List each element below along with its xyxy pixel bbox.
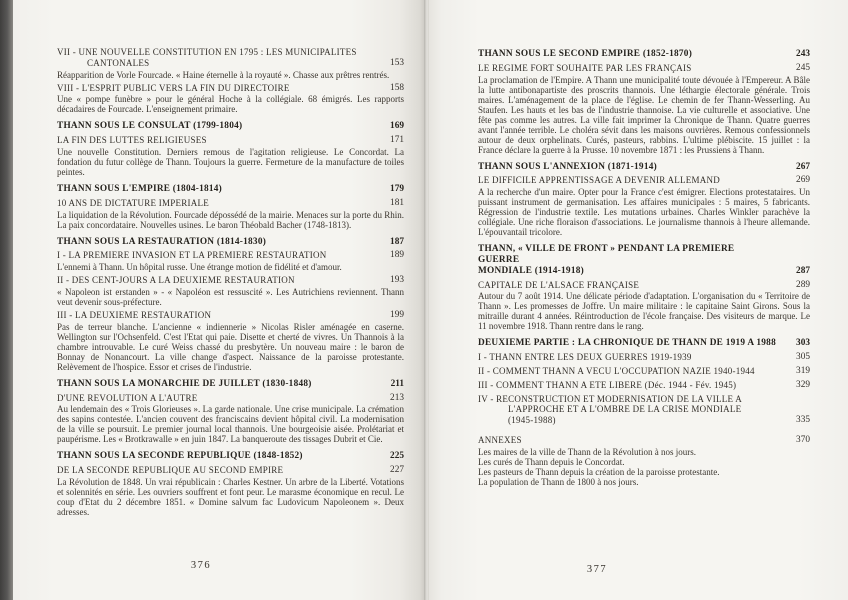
toc-entry: LA FIN DES LUTTES RELIGIEUSES 171 — [57, 135, 404, 146]
toc-entry-title: THANN SOUS L'EMPIRE (1804-1814) — [57, 184, 372, 195]
toc-entry: THANN SOUS L'ANNEXION (1871-1914) 267 — [478, 162, 810, 173]
toc-entry-title: THANN SOUS LA MONARCHIE DE JUILLET (1830… — [57, 379, 372, 390]
toc-entry: I - THANN ENTRE LES DEUX GUERRES 1919-19… — [478, 352, 810, 363]
toc-entry-page-number: 199 — [372, 310, 404, 321]
toc-entry-page-number: 289 — [778, 280, 810, 291]
toc-entry-title: IV - RECONSTRUCTION ET MODERNISATION DE … — [478, 394, 778, 426]
toc-entry-title: II - DES CENT-JOURS A LA DEUXIEME RESTAU… — [57, 275, 372, 286]
toc-entry: VII - UNE NOUVELLE CONSTITUTION EN 1795 … — [57, 47, 404, 69]
toc-entry-page-number: 269 — [778, 175, 810, 186]
toc-entry-page-number: 153 — [372, 58, 404, 69]
toc-entry-page-number: 171 — [372, 135, 404, 146]
right-page-number: 377 — [587, 564, 607, 575]
toc-entry: LE REGIME FORT SOUHAITE PAR LES FRANÇAIS… — [478, 63, 810, 74]
toc-entry-page-number: 193 — [372, 275, 404, 286]
toc-entry-description: Au lendemain des « Trois Glorieuses ». L… — [57, 404, 404, 444]
toc-entry: THANN SOUS LA RESTAURATION (1814-1830) 1… — [57, 237, 404, 248]
toc-entry-page-number: 187 — [372, 237, 404, 248]
toc-entry-description: La liquidation de la Révolution. Fourcad… — [57, 210, 404, 230]
toc-entry: III - LA DEUXIEME RESTAURATION 199 — [57, 310, 404, 321]
toc-entry: THANN SOUS LA MONARCHIE DE JUILLET (1830… — [57, 379, 404, 390]
toc-entry-description: Une « pompe funèbre » pour le général Ho… — [57, 94, 404, 114]
toc-entry-page-number: 319 — [778, 366, 810, 377]
toc-entry-description: Pas de terreur blanche. L'ancienne « ind… — [57, 322, 404, 372]
toc-entry: II - COMMENT THANN A VECU L'OCCUPATION N… — [478, 366, 810, 377]
toc-entry-title: LE REGIME FORT SOUHAITE PAR LES FRANÇAIS — [478, 63, 778, 74]
toc-entry-page-number: 181 — [372, 198, 404, 209]
toc-entry-title: DEUXIEME PARTIE : LA CHRONIQUE DE THANN … — [478, 338, 778, 349]
left-page: VII - UNE NOUVELLE CONSTITUTION EN 1795 … — [13, 0, 424, 600]
scan-edge-strip — [0, 0, 13, 600]
toc-entry: DEUXIEME PARTIE : LA CHRONIQUE DE THANN … — [478, 338, 810, 349]
toc-entry-page-number: 287 — [778, 266, 810, 277]
toc-entry-title: THANN SOUS LE CONSULAT (1799-1804) — [57, 121, 372, 132]
toc-entry-page-number: 303 — [778, 338, 810, 349]
toc-entry-description: La Révolution de 1848. Un vrai républica… — [57, 477, 404, 517]
toc-entry-page-number: 335 — [778, 415, 810, 426]
toc-entry-page-number: 158 — [372, 83, 404, 94]
toc-entry-title: DE LA SECONDE REPUBLIQUE AU SECOND EMPIR… — [57, 465, 372, 476]
toc-entry-title: III - COMMENT THANN A ETE LIBERE (Déc. 1… — [478, 380, 778, 391]
right-page: THANN SOUS LE SECOND EMPIRE (1852-1870) … — [429, 0, 848, 600]
toc-entry-description: Les maires de la ville de Thann de la Ré… — [478, 447, 810, 487]
toc-entry-title: I - THANN ENTRE LES DEUX GUERRES 1919-19… — [478, 352, 778, 363]
toc-entry-page-number: 213 — [372, 393, 404, 404]
toc-entry-title: LE DIFFICILE APPRENTISSAGE A DEVENIR ALL… — [478, 175, 778, 186]
toc-entry: III - COMMENT THANN A ETE LIBERE (Déc. 1… — [478, 380, 810, 391]
toc-entry: CAPITALE DE L'ALSACE FRANÇAISE 289 — [478, 280, 810, 291]
toc-entry-title: 10 ANS DE DICTATURE IMPERIALE — [57, 198, 372, 209]
toc-entry-title: VII - UNE NOUVELLE CONSTITUTION EN 1795 … — [57, 47, 372, 69]
toc-entry-page-number: 305 — [778, 352, 810, 363]
toc-entry-page-number: 225 — [372, 451, 404, 462]
toc-entry-title: III - LA DEUXIEME RESTAURATION — [57, 310, 372, 321]
toc-entry-title: ANNEXES — [478, 435, 778, 446]
toc-entry-page-number: 179 — [372, 184, 404, 195]
toc-entry-title: II - COMMENT THANN A VECU L'OCCUPATION N… — [478, 366, 778, 377]
toc-entry-title: I - LA PREMIERE INVASION ET LA PREMIERE … — [57, 250, 372, 261]
toc-entry: I - LA PREMIERE INVASION ET LA PREMIERE … — [57, 250, 404, 261]
toc-entry: II - DES CENT-JOURS A LA DEUXIEME RESTAU… — [57, 275, 404, 286]
toc-entry: DE LA SECONDE REPUBLIQUE AU SECOND EMPIR… — [57, 465, 404, 476]
toc-entry-page-number: 329 — [778, 380, 810, 391]
toc-entry: THANN SOUS LE CONSULAT (1799-1804) 169 — [57, 121, 404, 132]
book-spread: VII - UNE NOUVELLE CONSTITUTION EN 1795 … — [0, 0, 848, 600]
toc-entry: THANN, « VILLE DE FRONT » PENDANT LA PRE… — [478, 244, 810, 276]
toc-entry-page-number: 169 — [372, 121, 404, 132]
toc-entry-title: THANN SOUS LA SECONDE REPUBLIQUE (1848-1… — [57, 451, 372, 462]
toc-entry-description: Autour du 7 août 1914. Une délicate péri… — [478, 291, 810, 331]
toc-entry-page-number: 227 — [372, 465, 404, 476]
toc-entry-page-number: 370 — [778, 435, 810, 446]
toc-entry: LE DIFFICILE APPRENTISSAGE A DEVENIR ALL… — [478, 175, 810, 186]
toc-entry: THANN SOUS LE SECOND EMPIRE (1852-1870) … — [478, 49, 810, 60]
toc-entry: ANNEXES 370 — [478, 435, 810, 446]
toc-entry-page-number: 243 — [778, 49, 810, 60]
right-page-toc: THANN SOUS LE SECOND EMPIRE (1852-1870) … — [478, 42, 810, 487]
toc-entry-title: THANN SOUS LA RESTAURATION (1814-1830) — [57, 237, 372, 248]
left-page-number: 376 — [191, 560, 211, 571]
toc-entry-title: THANN SOUS L'ANNEXION (1871-1914) — [478, 162, 778, 173]
toc-entry-title: D'UNE REVOLUTION A L'AUTRE — [57, 393, 372, 404]
toc-entry: IV - RECONSTRUCTION ET MODERNISATION DE … — [478, 394, 810, 426]
toc-entry-description: « Napoleon ist erstanden » - « Napoléon … — [57, 287, 404, 307]
toc-entry-title: CAPITALE DE L'ALSACE FRANÇAISE — [478, 280, 778, 291]
toc-entry: 10 ANS DE DICTATURE IMPERIALE 181 — [57, 198, 404, 209]
toc-entry-page-number: 267 — [778, 162, 810, 173]
toc-entry-page-number: 211 — [372, 379, 404, 390]
toc-entry: D'UNE REVOLUTION A L'AUTRE 213 — [57, 393, 404, 404]
toc-entry-description: Réapparition de Vorle Fourcade. « Haine … — [57, 70, 404, 80]
toc-entry: THANN SOUS LA SECONDE REPUBLIQUE (1848-1… — [57, 451, 404, 462]
toc-entry-title: THANN SOUS LE SECOND EMPIRE (1852-1870) — [478, 49, 778, 60]
left-page-toc: VII - UNE NOUVELLE CONSTITUTION EN 1795 … — [57, 44, 404, 517]
toc-entry-description: La proclamation de l'Empire. A Thann une… — [478, 75, 810, 155]
toc-entry: VIII - L'ESPRIT PUBLIC VERS LA FIN DU DI… — [57, 83, 404, 94]
toc-entry: THANN SOUS L'EMPIRE (1804-1814) 179 — [57, 184, 404, 195]
toc-entry-page-number: 189 — [372, 250, 404, 261]
toc-entry-title: THANN, « VILLE DE FRONT » PENDANT LA PRE… — [478, 244, 778, 276]
toc-entry-title: VIII - L'ESPRIT PUBLIC VERS LA FIN DU DI… — [57, 83, 372, 94]
toc-entry-page-number: 245 — [778, 63, 810, 74]
toc-entry-description: A la recherche d'un maire. Opter pour la… — [478, 187, 810, 237]
toc-entry-description: L'ennemi à Thann. Un hôpital russe. Une … — [57, 262, 404, 272]
toc-entry-title: LA FIN DES LUTTES RELIGIEUSES — [57, 135, 372, 146]
toc-entry-description: Une nouvelle Constitution. Derniers remo… — [57, 147, 404, 177]
